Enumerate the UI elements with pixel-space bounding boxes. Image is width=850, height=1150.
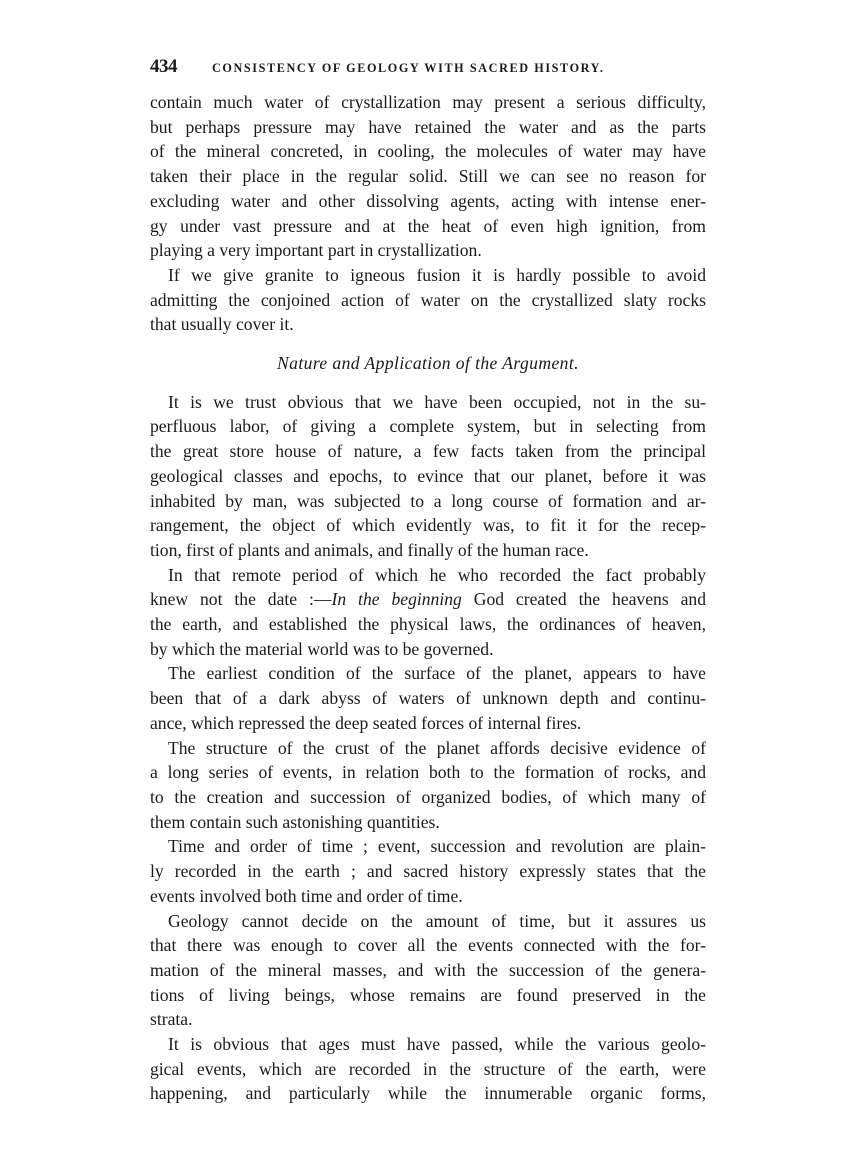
text-line: Geology cannot decide on the amount of t… [150, 909, 706, 934]
text-line: knew not the date :—In the beginning God… [150, 587, 706, 612]
paragraph-geology-time: Geology cannot decide on the amount of t… [150, 909, 706, 1033]
italic-quote: In the beginning [332, 589, 462, 609]
section-heading: Nature and Application of the Argument. [150, 351, 706, 376]
text-line: by which the material world was to be go… [150, 637, 706, 662]
text-line: gical events, which are recorded in the … [150, 1057, 706, 1082]
paragraph-argument: It is we trust obvious that we have been… [150, 390, 706, 563]
text-line: gy under vast pressure and at the heat o… [150, 214, 706, 239]
text-segment: knew not the date :— [150, 589, 332, 609]
text-line: them contain such astonishing quantities… [150, 810, 706, 835]
text-line: that there was enough to cover all the e… [150, 933, 706, 958]
text-line: to the creation and succession of organi… [150, 785, 706, 810]
text-line: happening, and particularly while the in… [150, 1081, 706, 1106]
text-line: contain much water of crystallization ma… [150, 90, 706, 115]
text-line: inhabited by man, was subjected to a lon… [150, 489, 706, 514]
text-line: The earliest condition of the surface of… [150, 661, 706, 686]
text-segment: God created the heavens and [462, 589, 706, 609]
paragraph-time-order: Time and order of time ; event, successi… [150, 834, 706, 908]
text-line: of the mineral concreted, in cooling, th… [150, 139, 706, 164]
text-line: tions of living beings, whose remains ar… [150, 983, 706, 1008]
text-line: excluding water and other dissolving age… [150, 189, 706, 214]
text-line: rangement, the object of which evidently… [150, 513, 706, 538]
text-line: In that remote period of which he who re… [150, 563, 706, 588]
text-line: events involved both time and order of t… [150, 884, 706, 909]
paragraph-crust-structure: The structure of the crust of the planet… [150, 736, 706, 835]
paragraph-granite: If we give granite to igneous fusion it … [150, 263, 706, 337]
text-line: Time and order of time ; event, successi… [150, 834, 706, 859]
paragraph-beginning: In that remote period of which he who re… [150, 563, 706, 662]
text-line: It is we trust obvious that we have been… [150, 390, 706, 415]
text-line: the great store house of nature, a few f… [150, 439, 706, 464]
text-line: admitting the conjoined action of water … [150, 288, 706, 313]
text-line: taken their place in the regular solid. … [150, 164, 706, 189]
text-line: ly recorded in the earth ; and sacred hi… [150, 859, 706, 884]
text-line: perfluous labor, of giving a complete sy… [150, 414, 706, 439]
page-number: 434 [150, 56, 212, 78]
book-page: 434 CONSISTENCY OF GEOLOGY WITH SACRED H… [150, 56, 706, 1106]
text-line: that usually cover it. [150, 312, 706, 337]
text-line: ance, which repressed the deep seated fo… [150, 711, 706, 736]
text-line: geological classes and epochs, to evince… [150, 464, 706, 489]
text-line: but perhaps pressure may have retained t… [150, 115, 706, 140]
text-line: The structure of the crust of the planet… [150, 736, 706, 761]
running-title: CONSISTENCY OF GEOLOGY WITH SACRED HISTO… [212, 61, 605, 76]
text-line: playing a very important part in crystal… [150, 238, 706, 263]
text-line: the earth, and established the physical … [150, 612, 706, 637]
running-head: 434 CONSISTENCY OF GEOLOGY WITH SACRED H… [150, 56, 706, 86]
text-line: strata. [150, 1007, 706, 1032]
paragraph-continuation: contain much water of crystallization ma… [150, 90, 706, 263]
text-line: mation of the mineral masses, and with t… [150, 958, 706, 983]
text-line: a long series of events, in relation bot… [150, 760, 706, 785]
text-line: tion, first of plants and animals, and f… [150, 538, 706, 563]
text-line: been that of a dark abyss of waters of u… [150, 686, 706, 711]
paragraph-ages-passed: It is obvious that ages must have passed… [150, 1032, 706, 1106]
text-line: If we give granite to igneous fusion it … [150, 263, 706, 288]
paragraph-earliest-condition: The earliest condition of the surface of… [150, 661, 706, 735]
text-line: It is obvious that ages must have passed… [150, 1032, 706, 1057]
